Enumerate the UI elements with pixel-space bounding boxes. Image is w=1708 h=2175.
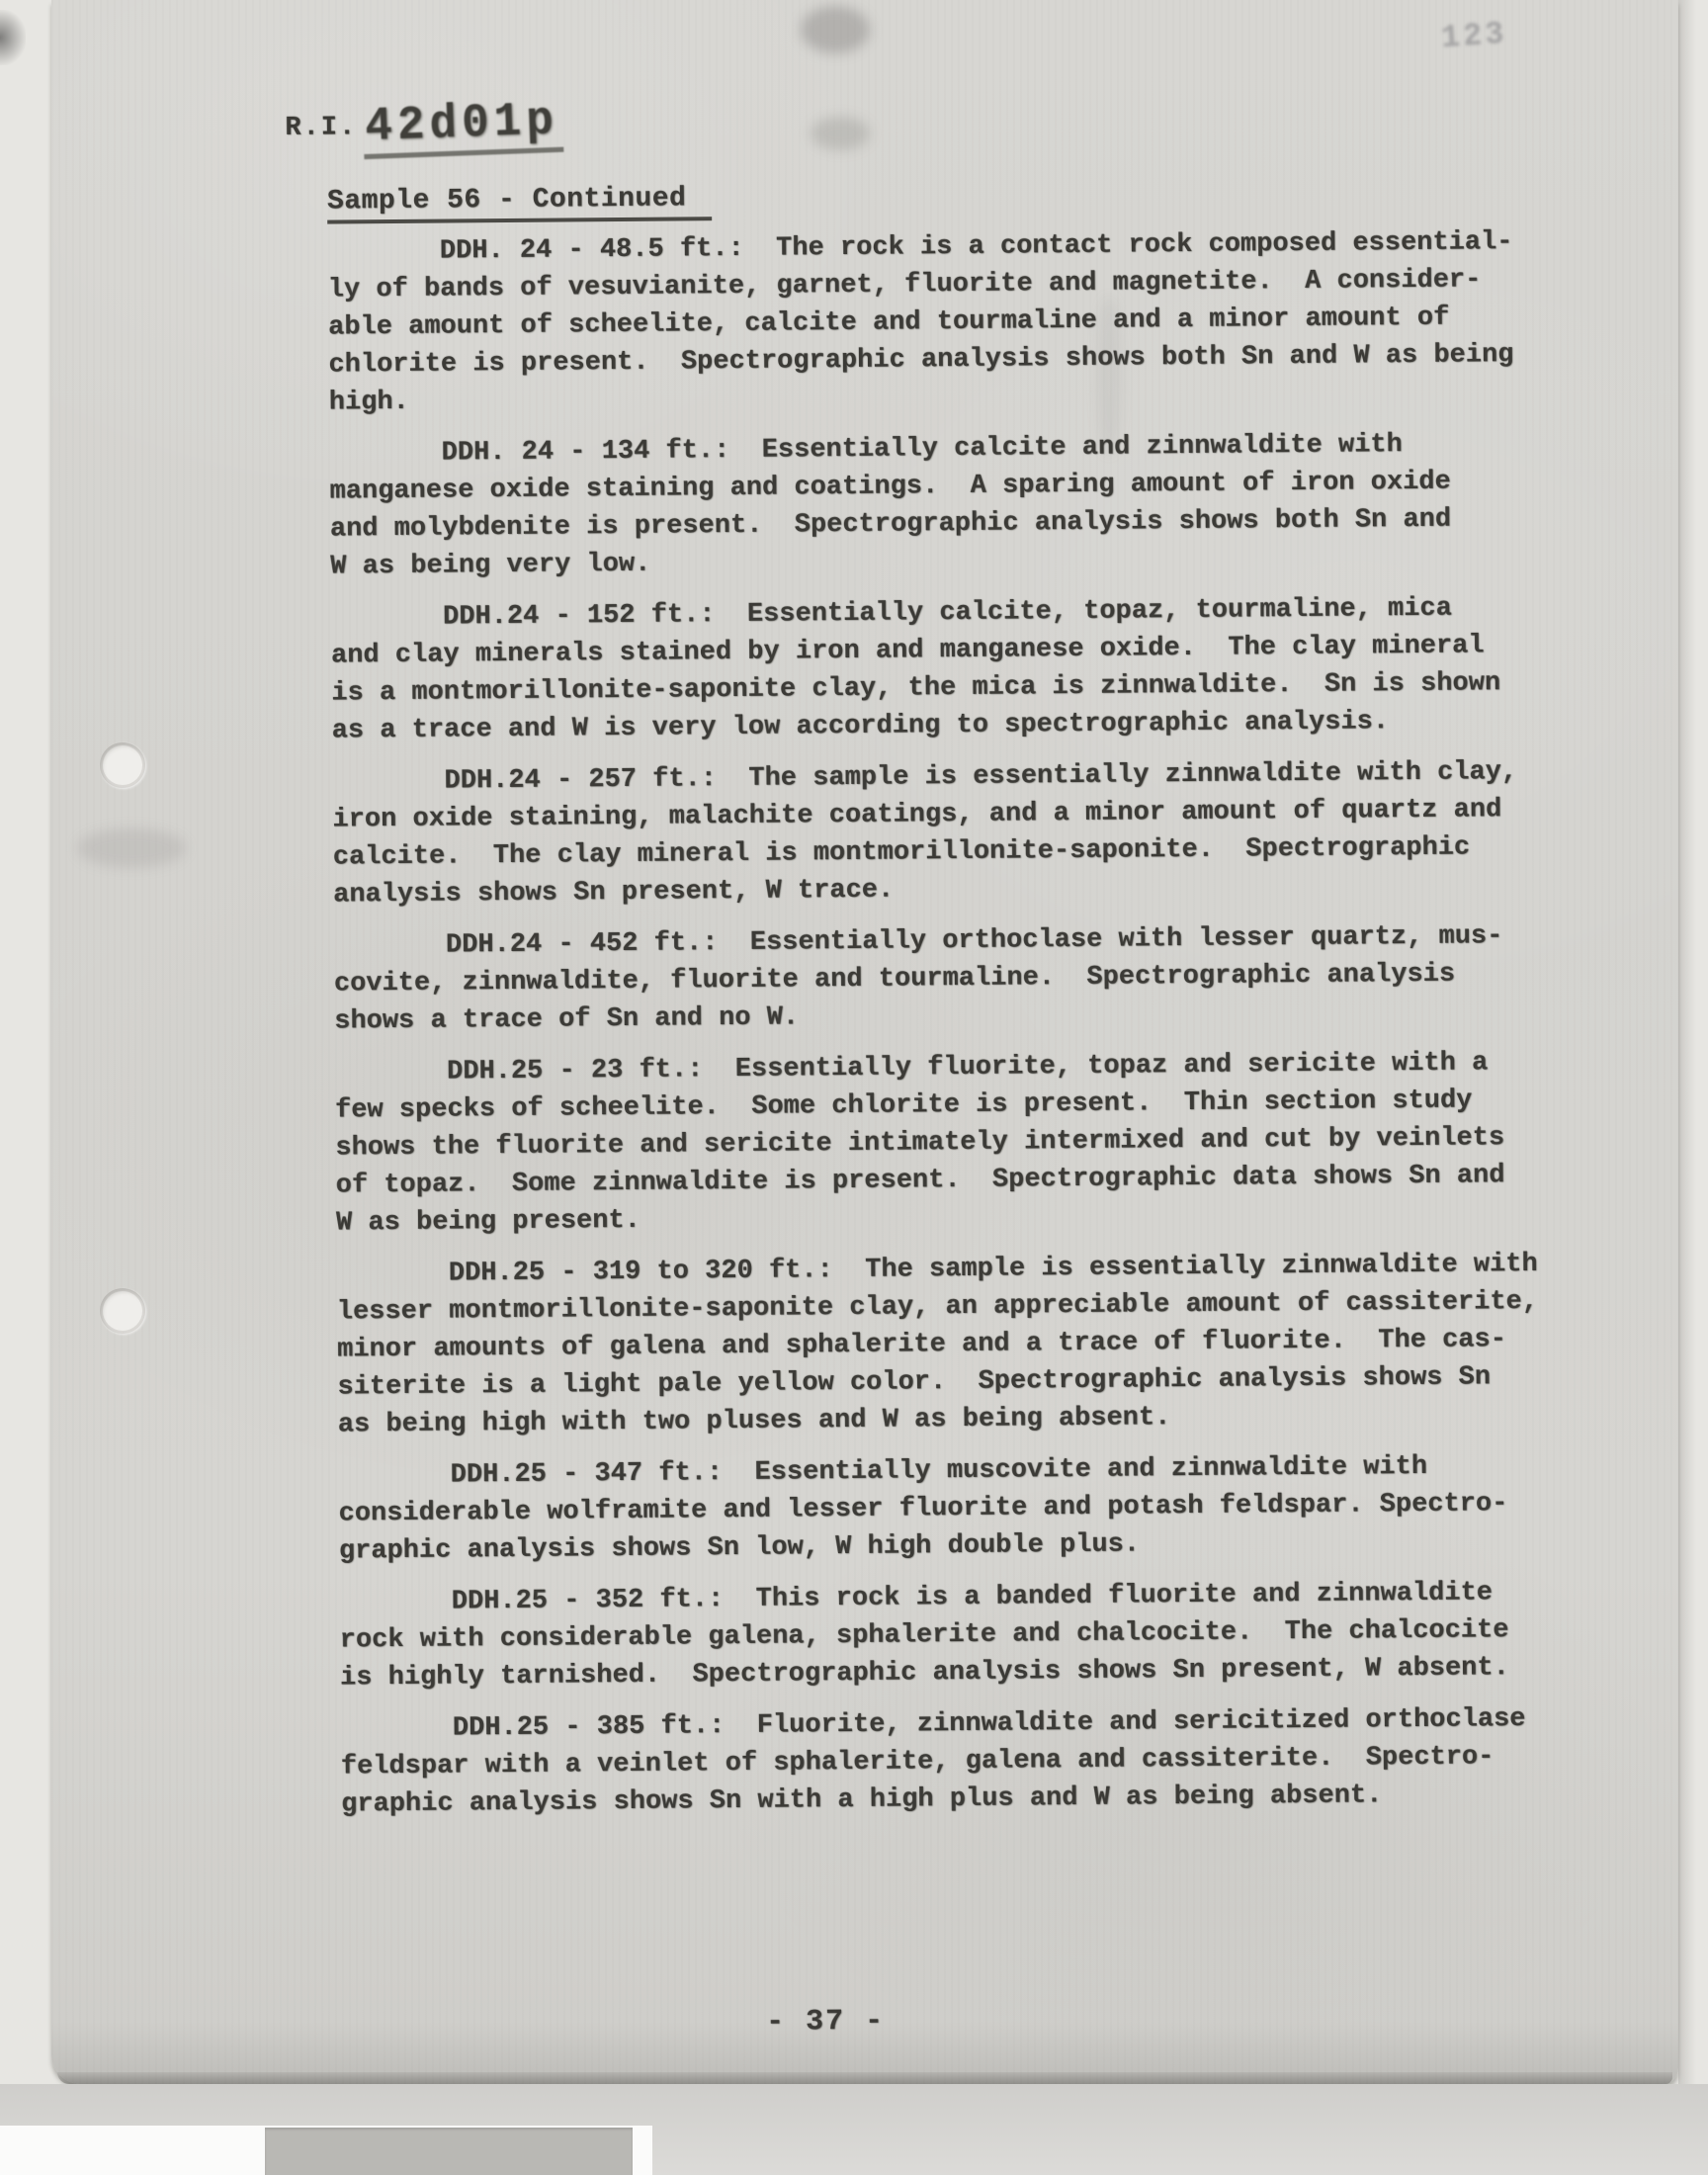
- paragraph: DDH.25 - 23 ft.: Essentially fluorite, t…: [335, 1043, 1614, 1242]
- scanned-page: 123 R.I. 42d01p Sample 56 - Continued DD…: [0, 0, 1708, 2175]
- paragraph: DDH.24 - 257 ft.: The sample is essentia…: [332, 752, 1610, 913]
- paragraph: DDH. 24 - 134 ft.: Essentially calcite a…: [329, 424, 1607, 585]
- paragraph: DDH.24 - 452 ft.: Essentially orthoclase…: [333, 916, 1611, 1040]
- paragraph: DDH.25 - 385 ft.: Fluorite, zinnwaldite …: [340, 1699, 1618, 1823]
- report-id-line: R.I. 42d01p: [285, 98, 562, 156]
- report-id-stamp: 42d01p: [362, 94, 563, 160]
- paragraph: DDH.25 - 347 ft.: Essentially muscovite …: [338, 1446, 1616, 1570]
- paragraph: DDH.24 - 152 ft.: Essentially calcite, t…: [331, 588, 1609, 749]
- paragraph: DDH. 24 - 48.5 ft.: The rock is a contac…: [327, 222, 1606, 421]
- section-heading: Sample 56 - Continued: [327, 183, 713, 223]
- paragraph: DDH.25 - 319 to 320 ft.: The sample is e…: [336, 1245, 1615, 1443]
- report-id-label: R.I.: [285, 99, 357, 143]
- page-number-footer: - 37 -: [766, 2005, 885, 2040]
- document-paragraphs: DDH. 24 - 48.5 ft.: The rock is a contac…: [327, 222, 1618, 1837]
- paragraph: DDH.25 - 352 ft.: This rock is a banded …: [339, 1573, 1617, 1696]
- typed-content: R.I. 42d01p Sample 56 - Continued DDH. 2…: [0, 0, 1708, 2175]
